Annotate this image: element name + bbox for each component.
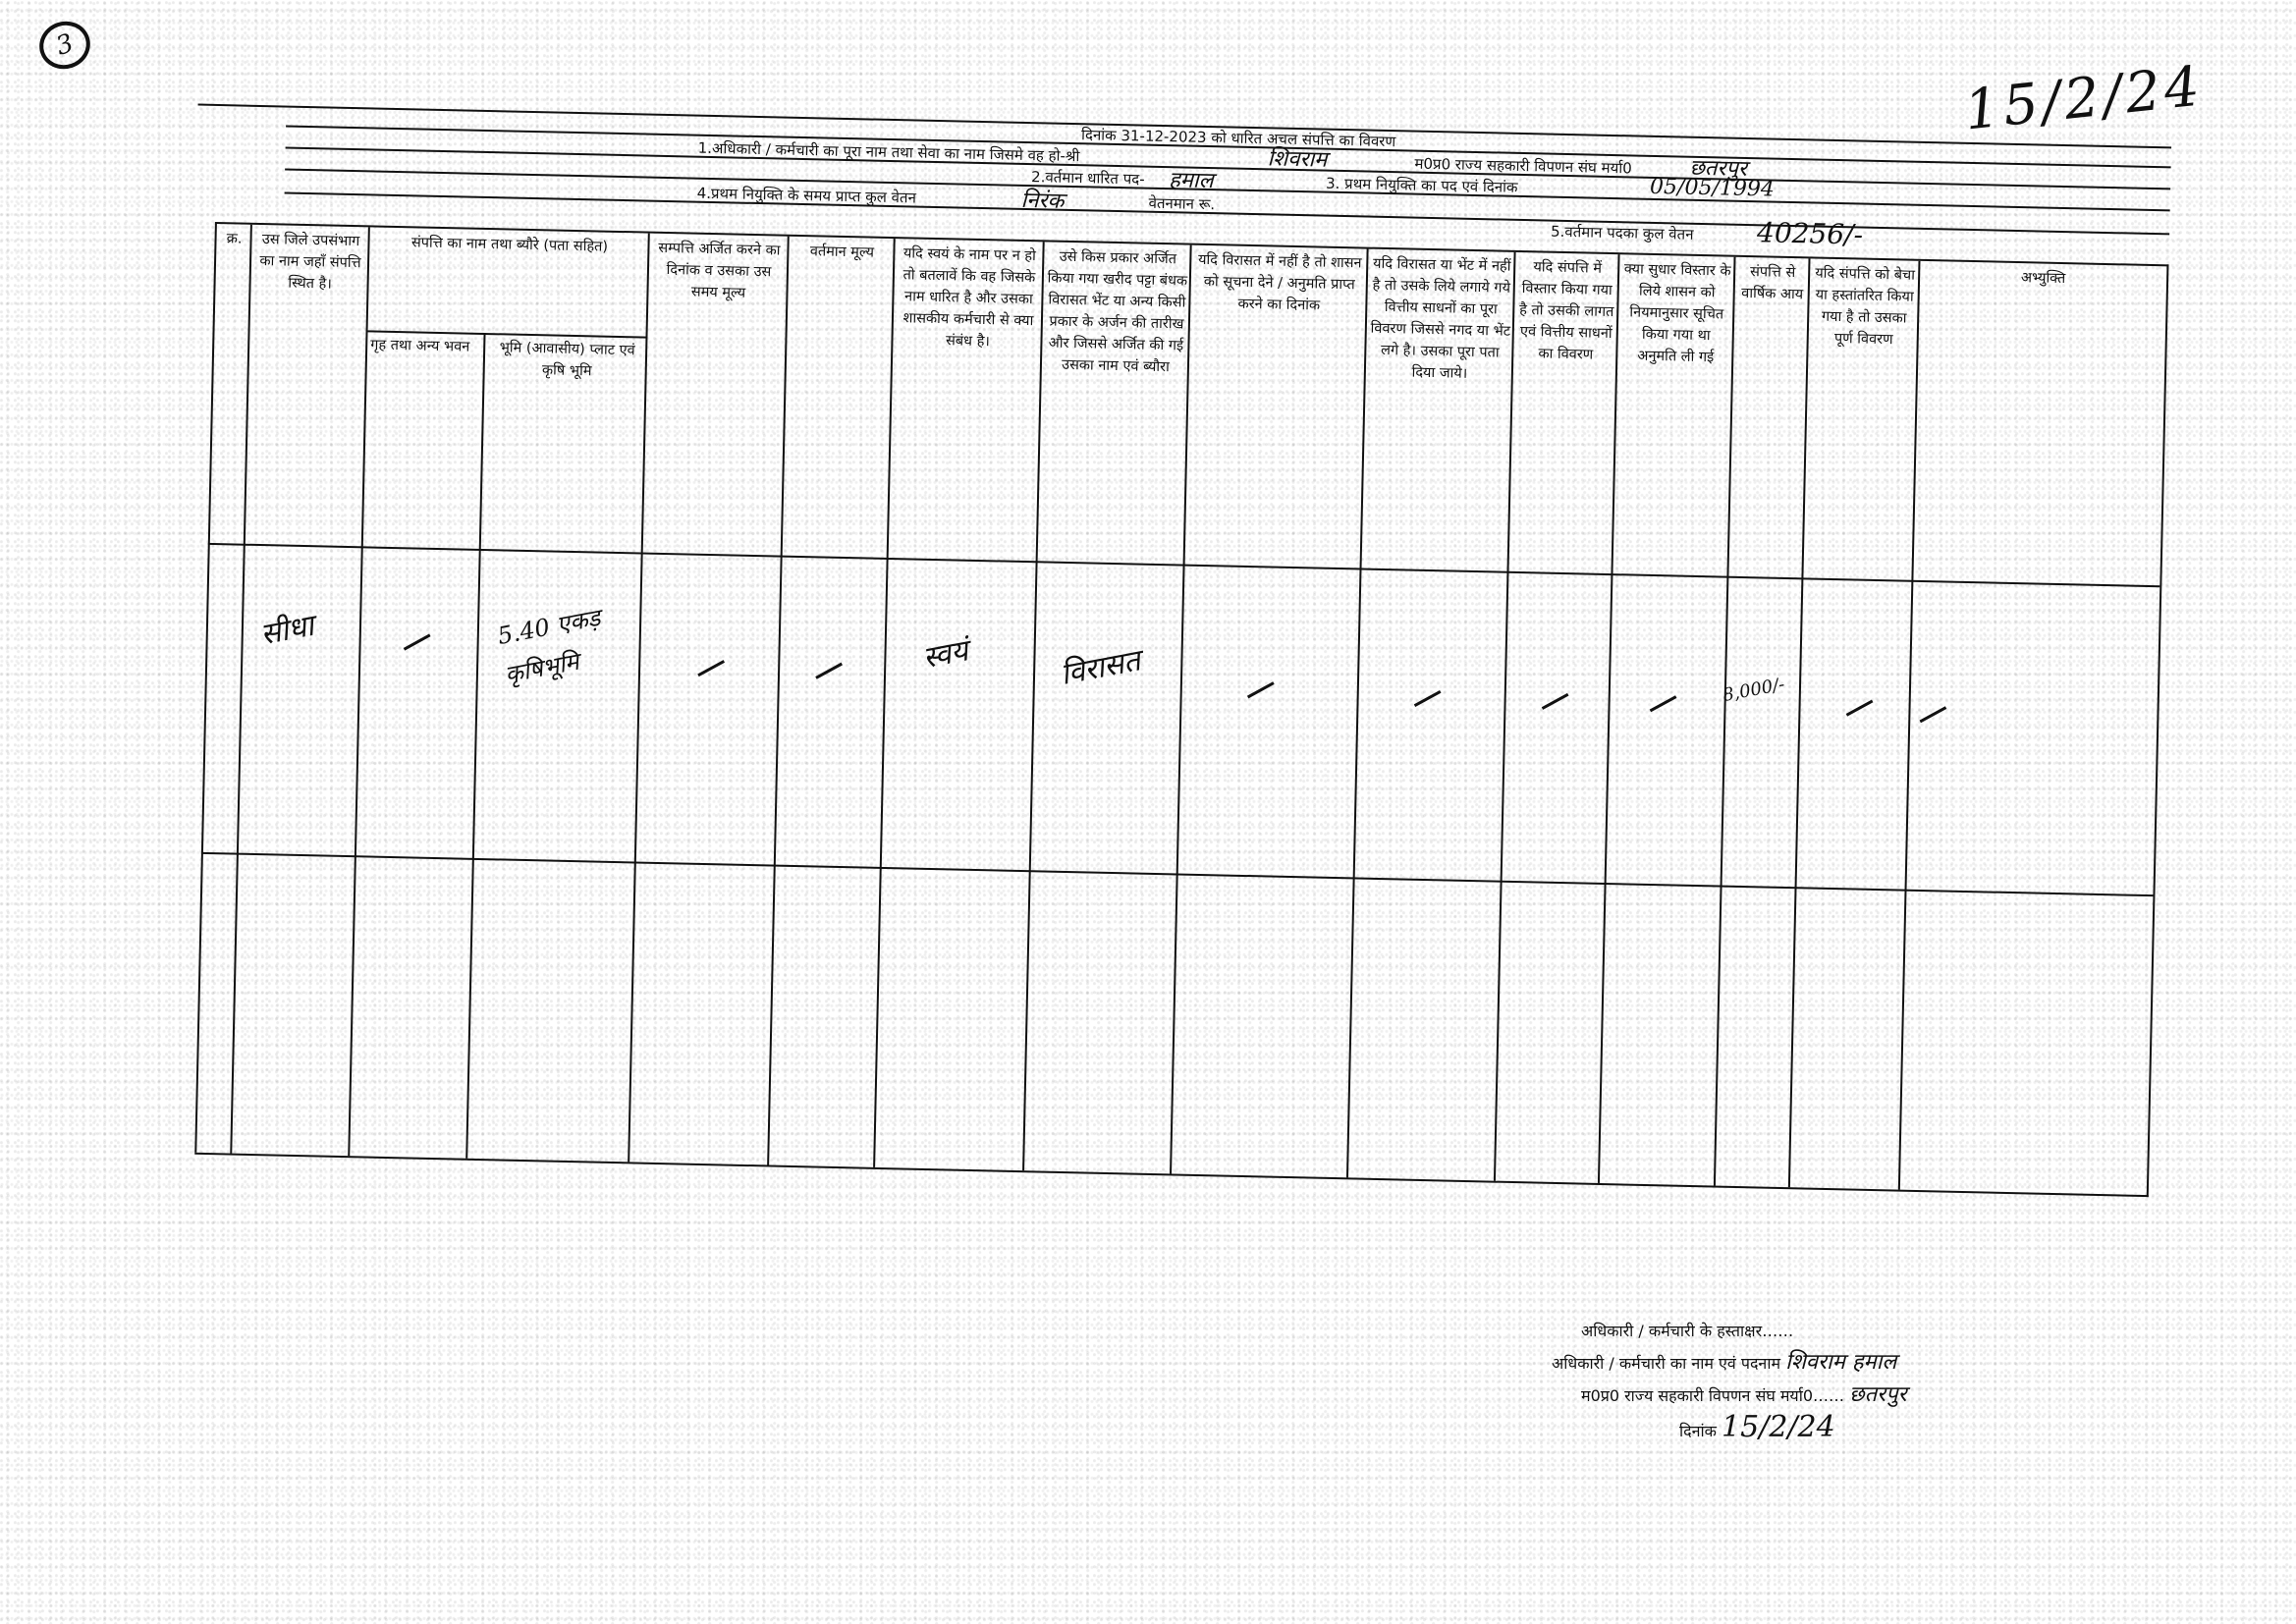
field2-row: 2.वर्तमान धारित पद- हमाल 3. प्रथम नियुक्… bbox=[285, 169, 2170, 212]
field5-label: 5.वर्तमान पदका कुल वेतन bbox=[1551, 222, 1694, 244]
field4-scale-label: वेतनमान रू. bbox=[1148, 193, 1215, 214]
date-line: दिनांक 15/2/24 bbox=[1552, 1412, 2102, 1447]
col-header: उसे किस प्रकार अर्जित किया गया खरीद पट्ट… bbox=[1045, 245, 1189, 378]
field2-value: हमाल bbox=[1169, 164, 1214, 194]
col-header: संपत्ति से वार्षिक आय bbox=[1737, 261, 1807, 306]
form-title-row: दिनांक 31-12-2023 को धारित अचल संपत्ति क… bbox=[286, 126, 2171, 169]
col-header: संपत्ति का नाम तथा ब्यौरे (पता सहित) bbox=[372, 231, 646, 258]
field5-value: 40256/- bbox=[1757, 216, 1864, 250]
date-label: दिनांक bbox=[1679, 1422, 1717, 1440]
date-value: 15/2/24 bbox=[1722, 1410, 1835, 1444]
field1-org: म0प्र0 राज्य सहकारी विपणन संघ मर्या0 bbox=[1414, 154, 1632, 179]
col-header: यदि विरासत या भेंट में नहीं है तो उसके ल… bbox=[1369, 253, 1513, 386]
col-header: उस जिले उपसंभाग का नाम जहाँ संपत्ति स्थि… bbox=[253, 229, 366, 296]
field1-row: 1.अधिकारी / कर्मचारी का पूरा नाम तथा सेव… bbox=[286, 147, 2171, 190]
org-line: म0प्र0 राज्य सहकारी विपणन संघ मर्या0…… छ… bbox=[1552, 1380, 2102, 1412]
signature-line: अधिकारी / कर्मचारी के हस्ताक्षर…… bbox=[1552, 1316, 2102, 1347]
field4-value: निरंक bbox=[1020, 185, 1064, 215]
name-line: अधिकारी / कर्मचारी का नाम एवं पदनाम शिवर… bbox=[1552, 1347, 2102, 1380]
col-property: संपत्ति का नाम तथा ब्यौरे (पता सहित) गृह… bbox=[348, 227, 650, 1162]
cell-owner: स्वयं bbox=[919, 628, 971, 677]
col-header: यदि स्वयं के नाम पर न हो तो बतलावें कि व… bbox=[896, 243, 1041, 353]
col-header: यदि संपत्ति में विस्तार किया गया है तो उ… bbox=[1516, 256, 1616, 366]
asset-declaration-form: दिनांक 31-12-2023 को धारित अचल संपत्ति क… bbox=[194, 84, 2171, 1197]
col-remarks: अभ्युक्ति bbox=[1898, 261, 2167, 1195]
col-finance: यदि विरासत या भेंट में नहीं है तो उसके ल… bbox=[1346, 249, 1516, 1181]
col-header: क्या सुधार विस्तार के लिये शासन को नियमा… bbox=[1620, 258, 1732, 368]
col-owner: यदि स्वयं के नाम पर न हो तो बतलावें कि व… bbox=[873, 239, 1045, 1170]
signature-label: अधिकारी / कर्मचारी के हस्ताक्षर bbox=[1581, 1322, 1762, 1340]
col-header: भूमि (आवासीय) प्लाट एवं कृषि भूमि bbox=[487, 337, 646, 384]
col-header: वर्तमान मूल्य bbox=[792, 241, 892, 264]
col-land: भूमि (आवासीय) प्लाट एवं कृषि भूमि bbox=[465, 333, 649, 1162]
col-district: उस जिले उपसंभाग का नाम जहाँ संपत्ति स्थि… bbox=[230, 225, 370, 1156]
page-number: 3 bbox=[33, 15, 96, 76]
col-header: सम्पत्ति अर्जित करने का दिनांक व उसका उस… bbox=[651, 238, 786, 305]
col-permission: क्या सुधार विस्तार के लिये शासन को नियमा… bbox=[1598, 254, 1736, 1185]
asset-table: क्र. उस जिले उपसंभाग का नाम जहाँ संपत्ति… bbox=[194, 222, 2168, 1197]
signature-block: अधिकारी / कर्मचारी के हस्ताक्षर…… अधिकार… bbox=[1552, 1316, 2102, 1447]
col-header: यदि विरासत में नहीं है तो शासन को सूचना … bbox=[1193, 249, 1365, 318]
col-acq-date: सम्पत्ति अर्जित करने का दिनांक व उसका उस… bbox=[628, 234, 790, 1165]
org-place: छतरपुर bbox=[1849, 1382, 1906, 1407]
col-header: यदि संपत्ति को बेचा या हस्तांतरित किया ग… bbox=[1812, 262, 1918, 351]
col-intimation-date: यदि विरासत में नहीं है तो शासन को सूचना … bbox=[1170, 245, 1369, 1178]
col-header: गृह तथा अन्य भवन bbox=[370, 334, 480, 357]
org-label: म0प्र0 राज्य सहकारी विपणन संघ मर्या0 bbox=[1581, 1386, 1813, 1405]
col-house: गृह तथा अन्य भवन bbox=[350, 330, 483, 1158]
field3-label: 3. प्रथम नियुक्ति का पद एवं दिनांक bbox=[1326, 174, 1518, 197]
field1-value: शिवराम bbox=[1267, 142, 1327, 173]
name-value: शिवराम हमाल bbox=[1785, 1350, 1896, 1375]
field4-label: 4.प्रथम नियुक्ति के समय प्राप्त कुल वेतन bbox=[696, 184, 916, 208]
name-label: अधिकारी / कर्मचारी का नाम एवं पदनाम bbox=[1552, 1354, 1780, 1373]
field3-value: 05/05/1994 bbox=[1650, 175, 1775, 202]
col-how-acquired: उसे किस प्रकार अर्जित किया गया खरीद पट्ट… bbox=[1022, 242, 1192, 1173]
col-header: क्र. bbox=[219, 228, 248, 250]
col-header: अभ्युक्ति bbox=[1923, 265, 2163, 292]
